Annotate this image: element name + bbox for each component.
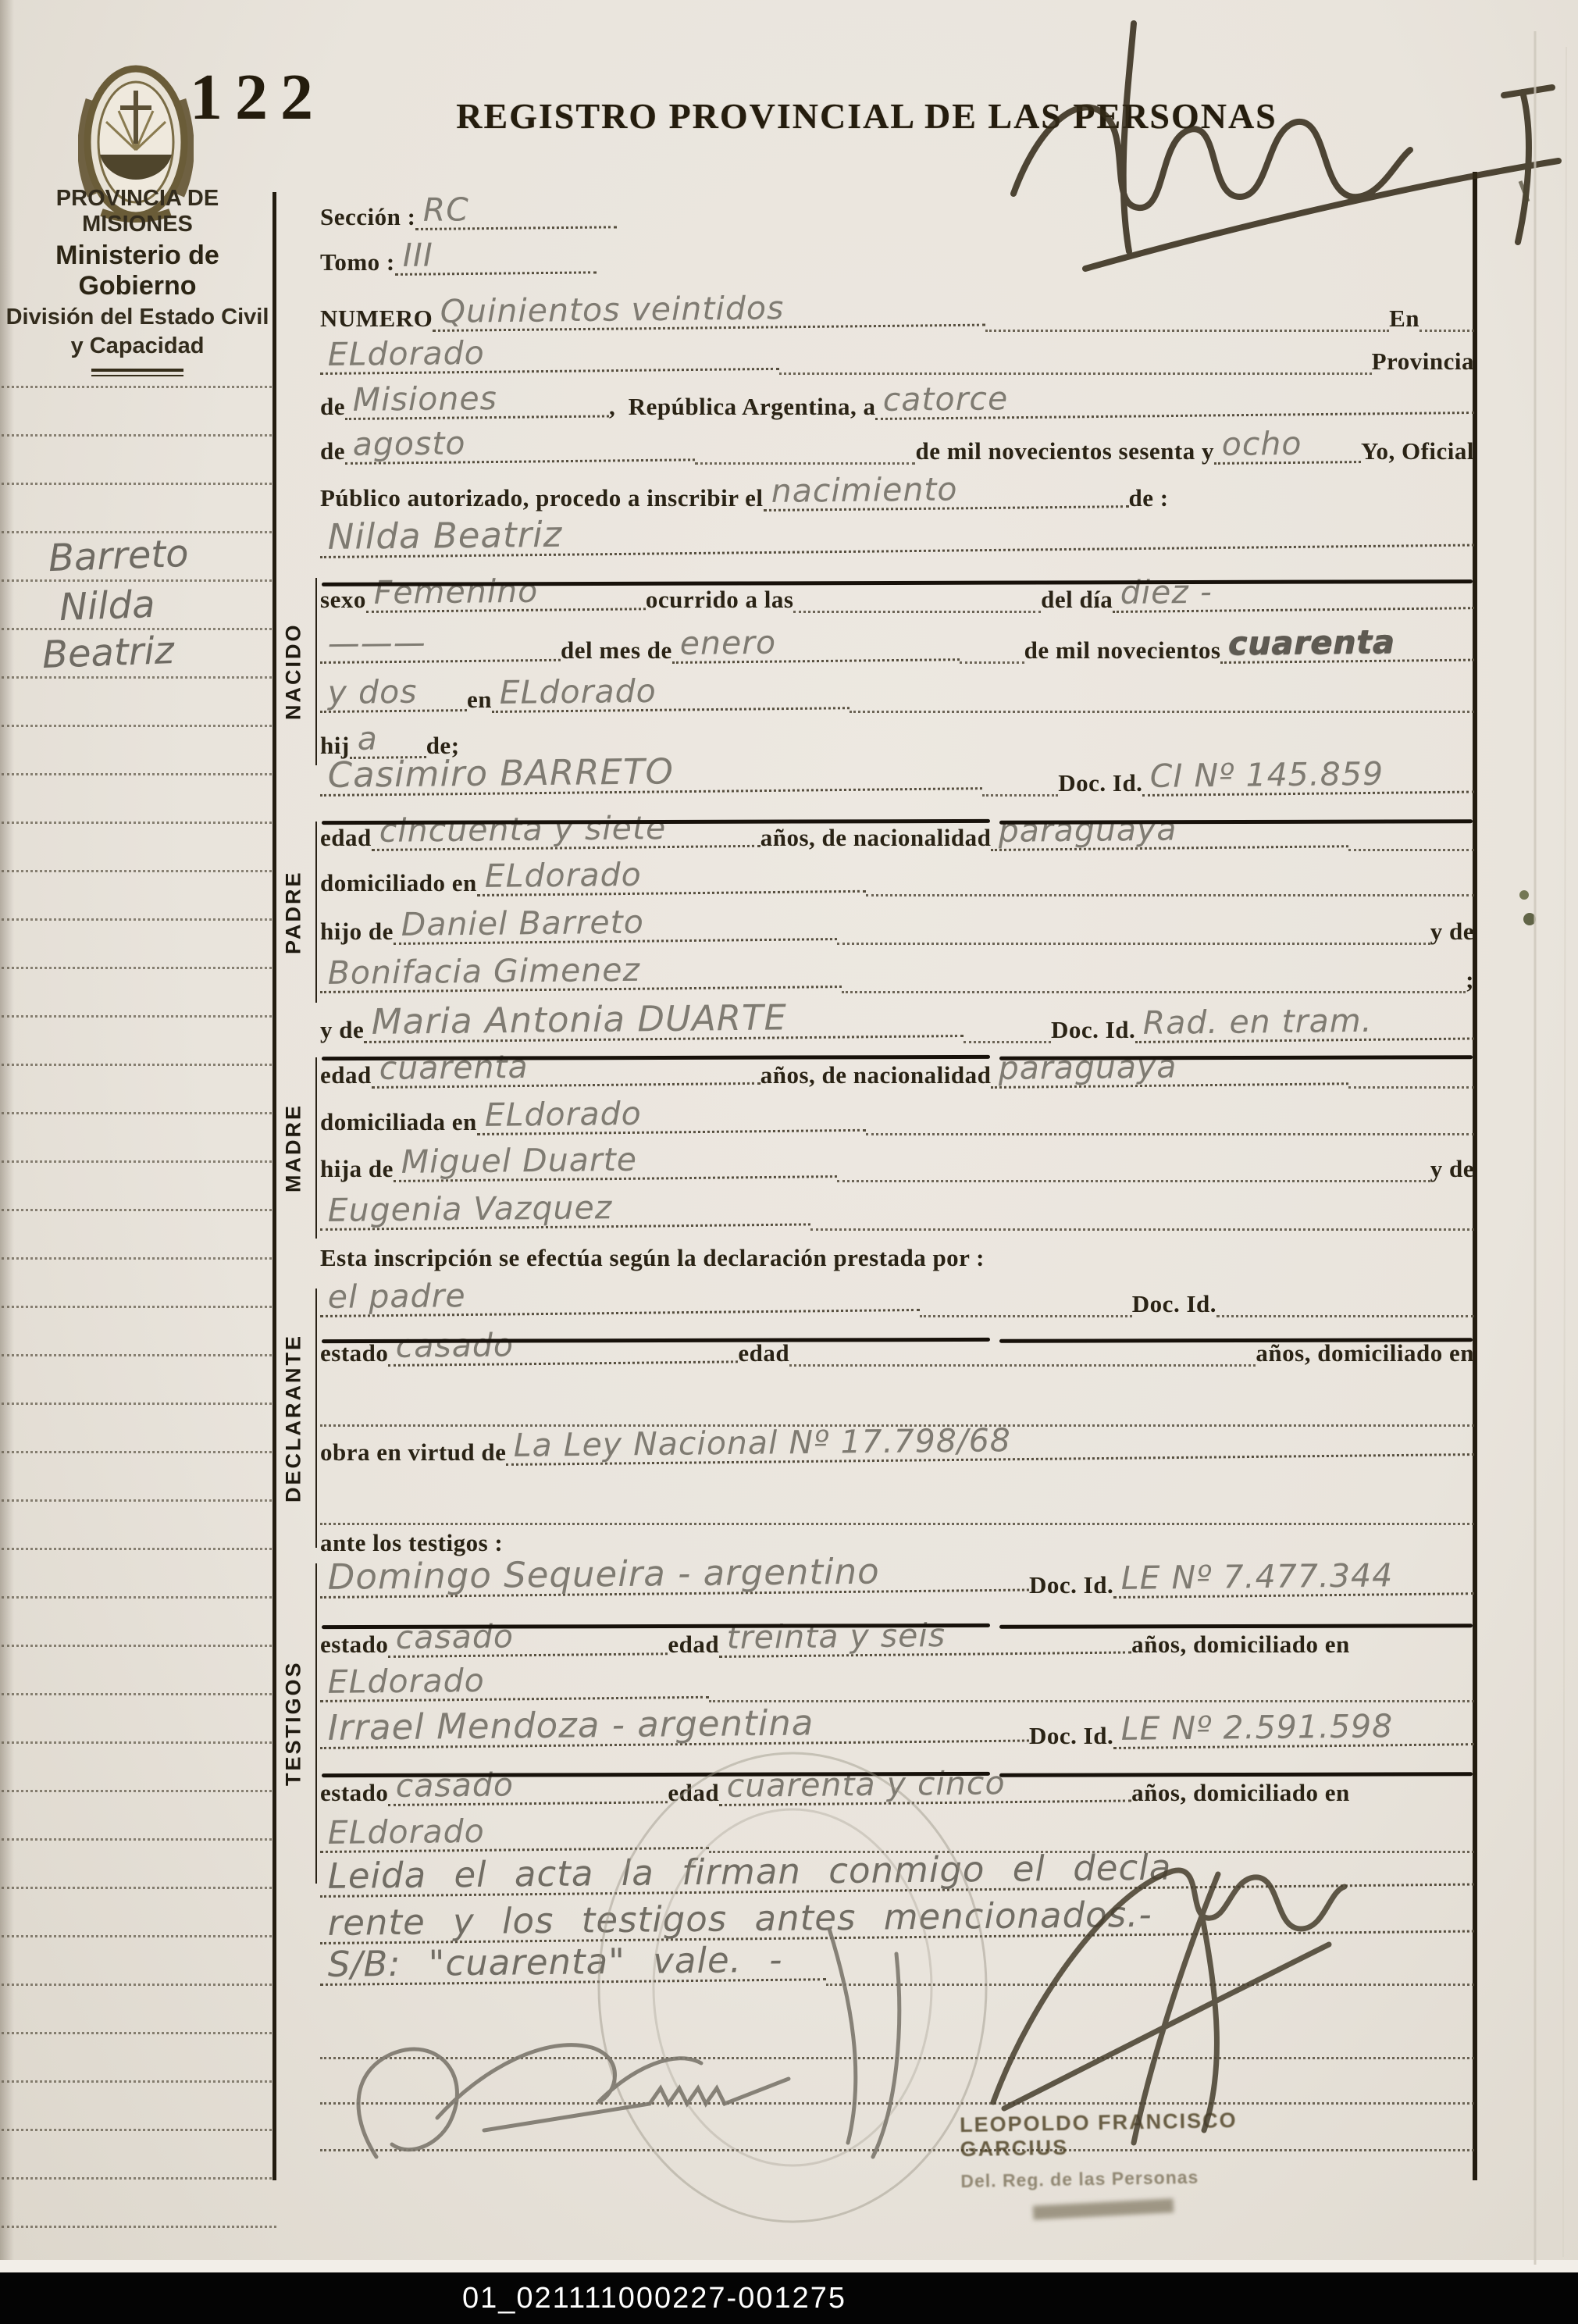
anio-nacimiento-cont-value: y dos: [320, 675, 467, 713]
field-abuela-materna: Eugenia Vazquez: [320, 1193, 1474, 1237]
estado-label: estado: [320, 1632, 388, 1658]
declarante-value: el padre: [320, 1275, 920, 1317]
republica-label: , República Argentina, a: [609, 394, 875, 420]
margin-ruled-line: [2, 1354, 276, 1356]
microfilm-footer-bar: 01_021111000227-001275: [0, 2272, 1578, 2324]
dotted-line: [1348, 1086, 1474, 1089]
org-underline: [91, 369, 183, 376]
margin-ruled-line: [2, 1887, 276, 1889]
dotted-line: [920, 1315, 1132, 1317]
ante-testigos-label: ante los testigos :: [320, 1531, 503, 1556]
official-stamp-text: LEOPOLDO FRANCISCO GARCIUS Del. Reg. de …: [960, 2107, 1328, 2219]
acto-value: nacimiento: [763, 472, 1128, 511]
margin-ruled-line: [2, 483, 276, 485]
scan-bottom-edge: [0, 2260, 1578, 2272]
dotted-line: [964, 1041, 1051, 1043]
lugar-registro-value: ELdorado: [320, 334, 779, 375]
anio-nacimiento-label: de mil novecientos: [1024, 638, 1221, 664]
edad-label: edad: [320, 1063, 372, 1089]
dotted-line: [866, 894, 1474, 896]
margin-ruled-line: [2, 725, 276, 727]
margin-ruled-line: [2, 1645, 276, 1647]
anio-registro-label: de mil novecientos sesenta y: [915, 439, 1214, 465]
doc-id-label: Doc. Id.: [1029, 1723, 1113, 1749]
margin-ruled-line: [2, 386, 276, 388]
margin-ruled-line: [2, 1838, 276, 1841]
field-abuelo-materno: hija de Miguel Duarte y de: [320, 1145, 1474, 1189]
numero-label: NUMERO: [320, 306, 433, 332]
nacido-bracket: [315, 578, 317, 765]
margin-ruled-line: [2, 2129, 276, 2131]
field-lugar-registro: ELdorado Provincia: [320, 337, 1474, 381]
dotted-line: [960, 661, 1024, 664]
ink-smudge: [1033, 2198, 1174, 2219]
publico-label: Público autorizado, procedo a inscribir …: [320, 486, 764, 511]
margin-ruled-line: [2, 434, 276, 437]
sexo-label: sexo: [320, 587, 366, 613]
padre-edad-value: cincuenta y siete: [371, 811, 760, 851]
field-testigo1-domicilio: ELdorado: [320, 1665, 1474, 1709]
tomo-label: Tomo :: [320, 250, 395, 276]
domiciliado-label: domiciliado en: [320, 871, 477, 896]
sexo-value: Femenino: [365, 574, 645, 613]
edad-label: edad: [668, 1632, 719, 1658]
paper-marks: [1519, 31, 1566, 2265]
padre-domicilio-value: ELdorado: [476, 857, 865, 896]
inscripto-value: Nilda Beatriz: [319, 508, 1473, 558]
dotted-line: [695, 462, 915, 465]
cierre-linea1-value: Leida el acta la firman conmigo el decla: [319, 1847, 1473, 1898]
official-name: LEOPOLDO FRANCISCO GARCIUS: [960, 2107, 1327, 2162]
margin-ruled-line: [2, 579, 276, 582]
obra-value: La Ley Nacional Nº 17.798/68: [506, 1420, 1474, 1466]
margin-surname: Barreto: [48, 532, 189, 580]
doc-id-label: Doc. Id.: [1132, 1292, 1216, 1317]
field-madre-domicilio: domiciliada en ELdorado: [320, 1098, 1474, 1142]
doc-id-label: Doc. Id.: [1058, 771, 1142, 797]
margin-ruled-line: [2, 2032, 276, 2034]
y-de-label: y de: [1430, 919, 1474, 945]
domiciliada-label: domiciliada en: [320, 1110, 477, 1135]
testigo1-domicilio-value: ELdorado: [320, 1663, 709, 1702]
declarante-bracket: [315, 1289, 317, 1548]
field-padre-nombre: Casimiro BARRETO Doc. Id. CI Nº 145.859: [320, 759, 1474, 803]
cierre-linea3: S/B: "cuarenta" vale. -: [320, 1948, 1474, 1992]
doc-id-label: Doc. Id.: [1029, 1573, 1113, 1599]
dotted-line: [779, 372, 1372, 375]
margin-ruled-line: [2, 1403, 276, 1405]
field-tomo: Tomo : III: [320, 238, 1474, 282]
anio-nacimiento-value: cuarenta: [1220, 626, 1474, 664]
section-label-declarante: DECLARANTE: [275, 1289, 312, 1548]
margin-ruled-line: [2, 1693, 276, 1695]
margin-ruled-line: [2, 1306, 276, 1308]
dotted-line: [837, 943, 1430, 945]
dotted-line: [826, 1984, 1474, 1986]
estado-label: estado: [320, 1780, 388, 1806]
field-testigo2: Irrael Mendoza - argentina Doc. Id. LE N…: [320, 1712, 1474, 1755]
abuela-materna-value: Eugenia Vazquez: [320, 1189, 810, 1231]
field-abuela-paterna: Bonifacia Gimenez ;: [320, 956, 1474, 1000]
org-line-division: División del Estado Civil: [0, 305, 275, 330]
padre-nombre-value: Casimiro BARRETO: [319, 750, 981, 797]
padre-nacionalidad-value: paraguaya: [991, 811, 1348, 851]
section-label-padre: PADRE: [275, 822, 312, 1003]
field-lugar-nacimiento: y dos en ELdorado: [320, 675, 1474, 719]
field-mes-anio-nacimiento: ——— del mes de enero de mil novecientos …: [320, 626, 1474, 670]
testigo2-domicilio-value: ELdorado: [320, 1813, 709, 1853]
madre-nombre-value: Maria Antonia DUARTE: [364, 998, 964, 1043]
field-numero: NUMERO Quinientos veintidos En: [320, 294, 1474, 338]
provincia-label: Provincia: [1372, 349, 1474, 375]
dotted-line: [789, 1364, 1256, 1367]
tomo-value: III: [394, 237, 596, 276]
en-label: En: [1389, 306, 1419, 332]
testigos-bracket: [315, 1563, 317, 1884]
margin-ruled-line: [2, 1064, 276, 1066]
field-padre-domicilio: domiciliado en ELdorado: [320, 859, 1474, 903]
yo-oficial-label: Yo, Oficial: [1361, 439, 1474, 465]
ocurrido-label: ocurrido a las: [646, 587, 794, 613]
dia-registro-value: catorce: [875, 378, 1474, 420]
de-label: de: [320, 394, 345, 420]
dotted-line: [837, 1180, 1430, 1182]
anios-domiciliado-label: años, domiciliado en: [1131, 1632, 1350, 1658]
abuelo-materno-value: Miguel Duarte: [393, 1142, 836, 1182]
section-label-madre: MADRE: [275, 1057, 312, 1239]
margin-ruled-line: [2, 2080, 276, 2083]
y-de-label: y de: [1430, 1157, 1474, 1182]
dotted-line: [985, 330, 1389, 332]
y-de-label: y de: [320, 1018, 364, 1043]
margin-ruled-line: [2, 1596, 276, 1599]
section-label-nacido: NACIDO: [275, 578, 312, 765]
madre-bracket: [315, 1057, 317, 1239]
field-testigo1: Domingo Sequeira - argentino Doc. Id. LE…: [320, 1561, 1474, 1605]
punto-coma-label: ;: [1466, 968, 1474, 993]
testigo1-nombre-value: Domingo Sequeira - argentino: [319, 1552, 1028, 1599]
document-title: REGISTRO PROVINCIAL DE LAS PERSONAS: [437, 95, 1296, 137]
field-provincia: de Misiones , República Argentina, a cat…: [320, 383, 1474, 426]
hija-de-label: hija de: [320, 1157, 394, 1182]
field-declarante: el padre Doc. Id.: [320, 1280, 1474, 1324]
margin-ruled-line: [2, 1451, 276, 1453]
org-line-province: PROVINCIA DE MISIONES: [0, 186, 275, 237]
margin-ruled-line: [2, 918, 276, 921]
page-number: 122: [190, 59, 326, 135]
blank-row: [320, 2067, 1474, 2111]
margin-ruled-line: [2, 967, 276, 969]
official-title: Del. Reg. de las Personas: [960, 2165, 1327, 2192]
margin-ruled-line: [2, 1935, 276, 1937]
margin-first-name: Nilda: [59, 583, 155, 629]
testigo1-doc-value: LE Nº 7.477.344: [1113, 1559, 1474, 1599]
edad-label: edad: [738, 1341, 789, 1367]
testigo2-nombre-value: Irrael Mendoza - argentina: [319, 1702, 1028, 1749]
dotted-line: [1419, 330, 1474, 332]
hijo-de-label: hijo de: [320, 919, 394, 945]
scanned-birth-certificate: 122 REGISTRO PROVINCIAL DE LAS PERSONAS …: [0, 0, 1578, 2324]
margin-ruled-line: [2, 1209, 276, 1211]
nacionalidad-label: años, de nacionalidad: [761, 825, 992, 851]
blank-stroke: ———: [320, 626, 561, 664]
cierre-linea2-value: rente y los testigos antes mencionados.-: [319, 1894, 1473, 1944]
cierre-linea3-value: S/B: "cuarenta" vale. -: [319, 1941, 825, 1986]
dotted-line: [810, 1228, 1474, 1231]
mes-label: del mes de: [561, 638, 672, 664]
field-declarante-estado: estado casado edad años, domiciliado en: [320, 1329, 1474, 1373]
margin-ruled-line: [2, 1499, 276, 1502]
dotted-line: [320, 2102, 1474, 2105]
dotted-line: [793, 611, 1041, 613]
abuelo-paterno-value: Daniel Barreto: [393, 904, 836, 945]
margin-ruled-line: [2, 1790, 276, 1792]
margin-ruled-line: [2, 2226, 276, 2228]
field-madre-nombre: y de Maria Antonia DUARTE Doc. Id. Rad. …: [320, 1006, 1474, 1050]
madre-domicilio-value: ELdorado: [476, 1096, 865, 1135]
margin-ruled-line: [2, 870, 276, 872]
declaracion-intro: Esta inscripción se efectúa según la dec…: [320, 1234, 1474, 1278]
dotted-line: [1348, 849, 1474, 851]
provincia-value: Misiones: [345, 381, 609, 420]
edad-label: edad: [668, 1780, 719, 1806]
padre-bracket: [315, 822, 317, 1003]
doc-id-label: Doc. Id.: [1051, 1018, 1135, 1043]
abuela-paterna-value: Bonifacia Gimenez: [320, 952, 842, 993]
seccion-label: Sección :: [320, 205, 415, 230]
madre-doc-value: Rad. en tram.: [1135, 1003, 1474, 1043]
en-label: en: [467, 687, 492, 713]
dotted-line: [1216, 1315, 1474, 1317]
margin-ruled-line: [2, 2177, 276, 2180]
dotted-line: [842, 991, 1466, 993]
field-seccion: Sección : RC: [320, 193, 1474, 237]
margin-ruled-line: [2, 1548, 276, 1550]
field-abuelo-paterno: hijo de Daniel Barreto y de: [320, 907, 1474, 951]
estado-label: estado: [320, 1341, 388, 1367]
testigo2-doc-value: LE Nº 2.591.598: [1113, 1709, 1474, 1749]
org-line-ministry: Ministerio de Gobierno: [0, 241, 275, 301]
madre-edad-value: cuarenta: [371, 1049, 760, 1089]
nacionalidad-label: años, de nacionalidad: [761, 1063, 992, 1089]
de-final-label: de :: [1129, 486, 1169, 511]
dotted-line: [320, 2057, 1474, 2059]
org-line-capacity: y Capacidad: [0, 333, 275, 359]
padre-doc-value: CI Nº 145.859: [1142, 757, 1474, 797]
margin-ruled-line: [2, 1015, 276, 1018]
dotted-line: [850, 711, 1474, 713]
margin-ruled-line: [2, 822, 276, 824]
dia-label: del día: [1041, 587, 1113, 613]
section-label-testigos: TESTIGOS: [275, 1563, 312, 1884]
lugar-nacimiento-value: ELdorado: [492, 673, 850, 713]
de-label: de: [320, 439, 345, 465]
margin-ruled-line: [2, 1160, 276, 1163]
numero-value: Quinientos veintidos: [433, 290, 985, 332]
mes-nacimiento-value: enero: [671, 625, 959, 664]
edad-label: edad: [320, 825, 372, 851]
field-fecha-registro: de agosto de mil novecientos sesenta y o…: [320, 427, 1474, 471]
dotted-line: [866, 1133, 1474, 1135]
anio-registro-value: ocho: [1214, 427, 1361, 465]
margin-middle-name: Beatriz: [41, 629, 175, 677]
margin-ruled-line: [2, 1984, 276, 1986]
blank-row: [320, 2022, 1474, 2066]
seccion-value: RC: [415, 192, 617, 230]
margin-ruled-line: [2, 1257, 276, 1260]
dotted-line: [982, 794, 1058, 797]
declarante-estado-value: casado: [388, 1327, 738, 1367]
obra-label: obra en virtud de: [320, 1440, 506, 1466]
field-inscripto: Nilda Beatriz: [320, 521, 1474, 565]
margin-ruled-line: [2, 1112, 276, 1114]
field-obra-en-virtud: obra en virtud de La Ley Nacional Nº 17.…: [320, 1428, 1474, 1472]
dotted-line: [709, 1700, 1474, 1702]
microfilm-code: 01_021111000227-001275: [462, 2282, 846, 2315]
margin-ruled-line: [2, 1741, 276, 1744]
anios-domiciliado-label: años, domiciliado en: [1256, 1341, 1474, 1367]
issuing-office-block: PROVINCIA DE MISIONES Ministerio de Gobi…: [0, 184, 275, 376]
mes-registro-value: agosto: [345, 425, 695, 465]
anios-domiciliado-label: años, domiciliado en: [1131, 1780, 1350, 1806]
margin-ruled-line: [2, 773, 276, 775]
declaracion-intro-label: Esta inscripción se efectúa según la dec…: [320, 1246, 985, 1271]
